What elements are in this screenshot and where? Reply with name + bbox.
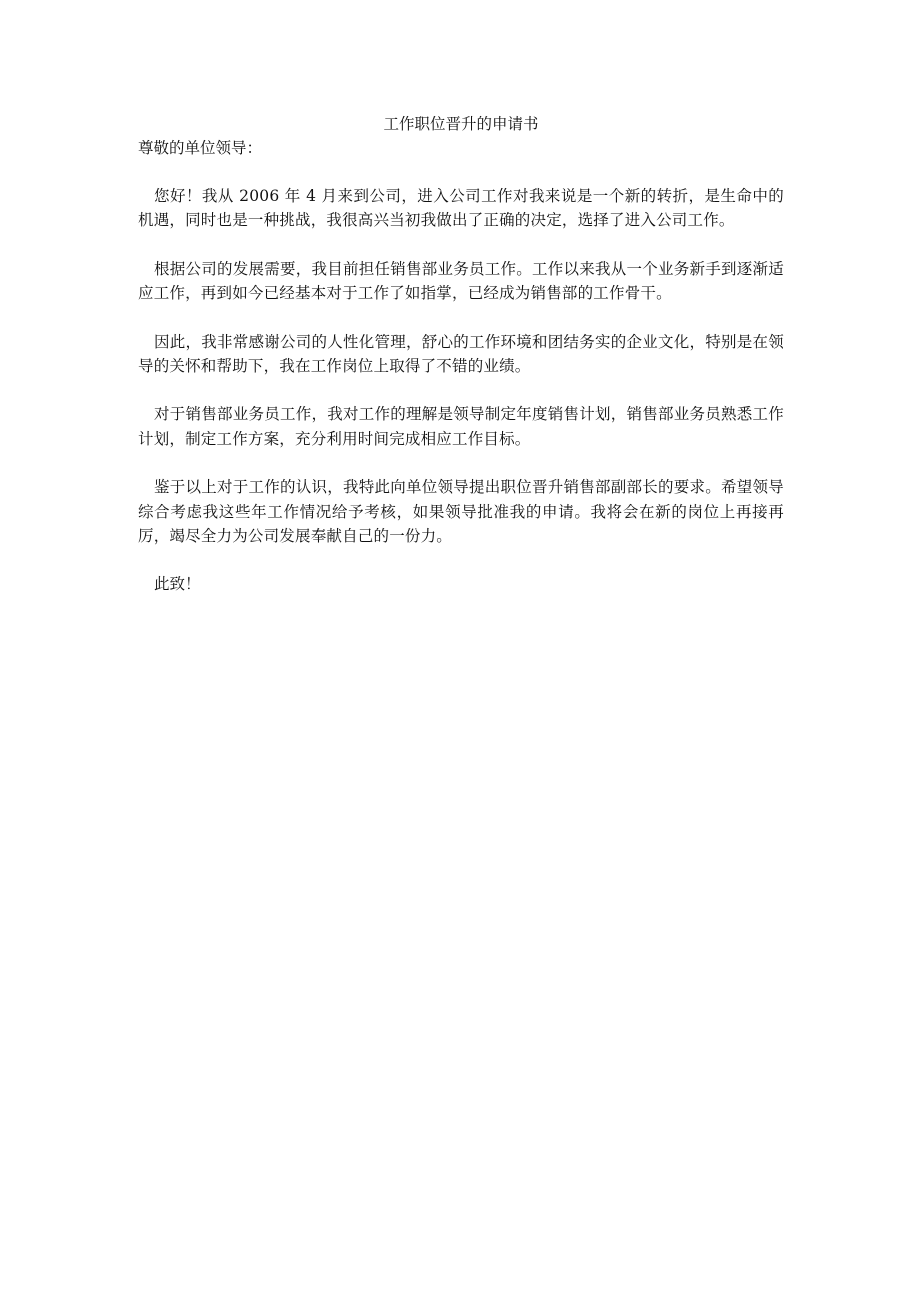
paragraph-greeting: 您好！我从 2006 年 4 月来到公司，进入公司工作对我来说是一个新的转折，是… — [138, 184, 784, 233]
closing: 此致！ — [138, 572, 784, 596]
paragraph-work-understanding: 对于销售部业务员工作，我对工作的理解是领导制定年度销售计划，销售部业务员熟悉工作… — [138, 402, 784, 451]
paragraph-current-role: 根据公司的发展需要，我目前担任销售部业务员工作。工作以来我从一个业务新手到逐渐适… — [138, 257, 784, 306]
document-page: 工作职位晋升的申请书 尊敬的单位领导： 您好！我从 2006 年 4 月来到公司… — [138, 112, 784, 596]
paragraph-gratitude: 因此，我非常感谢公司的人性化管理，舒心的工作环境和团结务实的企业文化，特别是在领… — [138, 330, 784, 379]
paragraph-promotion-request: 鉴于以上对于工作的认识，我特此向单位领导提出职位晋升销售部副部长的要求。希望领导… — [138, 475, 784, 548]
document-title: 工作职位晋升的申请书 — [138, 112, 784, 136]
salutation: 尊敬的单位领导： — [138, 136, 784, 160]
